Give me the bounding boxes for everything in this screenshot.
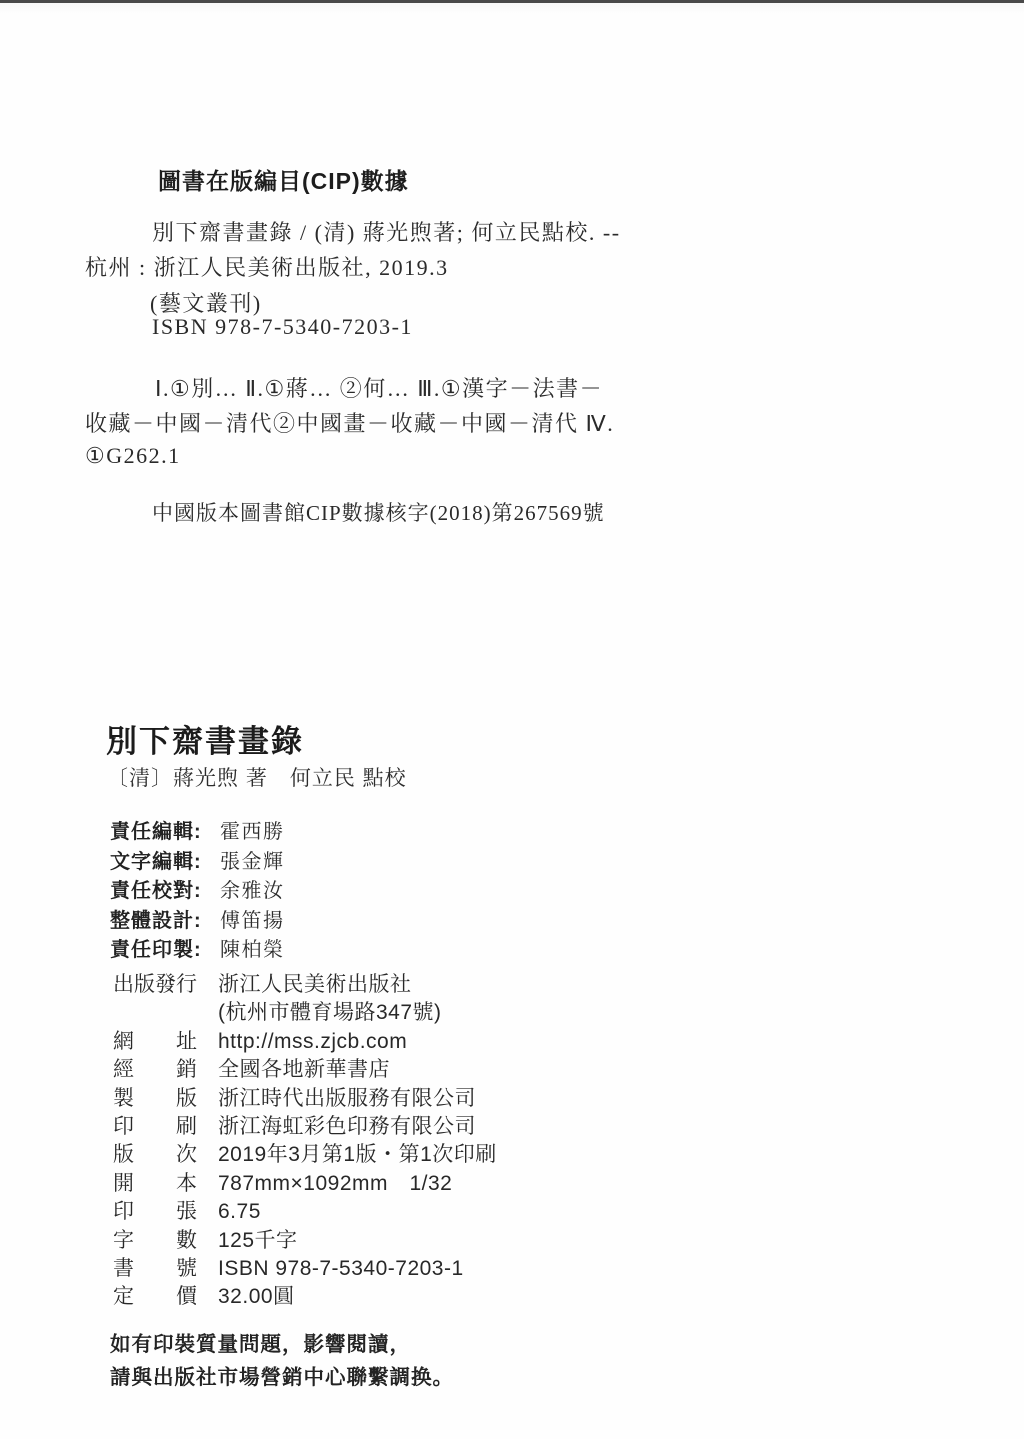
classification-line-2: 收藏－中國－清代②中國畫－收藏－中國－清代 Ⅳ. — [85, 407, 614, 438]
credit-row: 文字編輯:張金輝 — [110, 848, 285, 878]
pub-value: (杭州市體育場路347號) — [218, 1001, 442, 1024]
classification-line-3: ①G262.1 — [85, 443, 181, 469]
credit-label: 整體設計: — [110, 907, 220, 937]
credit-value: 陳柏榮 — [220, 939, 285, 961]
pub-value: 全國各地新華書店 — [218, 1058, 390, 1081]
pub-label: 定 價 — [113, 1283, 199, 1311]
pub-label: 開 本 — [113, 1170, 199, 1198]
pub-row-distribution: 經 銷全國各地新華書店 — [113, 1056, 497, 1084]
cip-isbn-line: ISBN 978-7-5340-7203-1 — [152, 314, 413, 340]
pub-row-wordcount: 字 數125千字 — [113, 1227, 497, 1255]
pub-value: 787mm×1092mm 1/32 — [218, 1172, 452, 1195]
credit-value: 霍西勝 — [220, 821, 285, 843]
pub-value: 125千字 — [218, 1229, 298, 1252]
copyright-page: 圖書在版編目(CIP)數據 別下齋書畫錄 / (清) 蔣光煦著; 何立民點校. … — [0, 0, 1024, 1439]
pub-value: 浙江海虹彩色印務有限公司 — [218, 1115, 476, 1138]
pub-row-platemaking: 製 版浙江時代出版服務有限公司 — [113, 1085, 497, 1113]
cip-record-number: 中國版本圖書館CIP數據核字(2018)第267569號 — [152, 497, 605, 527]
pub-row-isbn: 書 號ISBN 978-7-5340-7203-1 — [113, 1255, 497, 1283]
classification-line-1: Ⅰ.①別… Ⅱ.①蔣… ②何… Ⅲ.①漢字－法書－ — [155, 372, 603, 403]
pub-row-publisher: 出版發行浙江人民美術出版社 — [113, 971, 497, 999]
quality-notice-line-2: 請與出版社市場營銷中心聯繫調换。 — [110, 1360, 454, 1390]
book-title: 別下齋書畫錄 — [106, 716, 304, 761]
cip-header: 圖書在版編目(CIP)數據 — [158, 163, 409, 196]
pub-row-edition: 版 次2019年3月第1版・第1次印刷 — [113, 1141, 497, 1169]
cip-title-line: 別下齋書畫錄 / (清) 蔣光煦著; 何立民點校. -- — [152, 216, 621, 247]
pub-row-printing: 印 刷浙江海虹彩色印務有限公司 — [113, 1113, 497, 1141]
pub-value: 32.00圓 — [218, 1285, 295, 1308]
credit-label: 責任校對: — [110, 877, 220, 907]
pub-label: 網 址 — [113, 1028, 199, 1056]
pub-label: 書 號 — [113, 1255, 199, 1283]
pub-value: 6.75 — [218, 1200, 261, 1223]
publication-info: 出版發行浙江人民美術出版社 (杭州市體育場路347號) 網 址http://ms… — [113, 971, 497, 1312]
pub-label: 印 張 — [113, 1198, 199, 1226]
book-byline: 〔清〕蔣光煦 著 何立民 點校 — [107, 762, 407, 792]
pub-row-format: 開 本787mm×1092mm 1/32 — [113, 1170, 497, 1198]
pub-row-address: (杭州市體育場路347號) — [113, 999, 497, 1027]
pub-value: ISBN 978-7-5340-7203-1 — [218, 1257, 464, 1280]
pub-row-website: 網 址http://mss.zjcb.com — [113, 1028, 497, 1056]
pub-label: 製 版 — [113, 1085, 199, 1113]
pub-row-sheets: 印 張6.75 — [113, 1198, 497, 1226]
pub-label: 經 銷 — [113, 1056, 199, 1084]
credit-label: 責任編輯: — [110, 818, 220, 848]
credit-label: 責任印製: — [110, 936, 220, 966]
pub-value pub-url: http://mss.zjcb.com — [218, 1030, 407, 1053]
credit-row: 整體設計:傅笛揚 — [110, 907, 285, 937]
scan-edge — [0, 0, 1024, 3]
credit-label: 文字編輯: — [110, 848, 220, 878]
pub-label: 版 次 — [113, 1141, 199, 1169]
credit-value: 張金輝 — [220, 851, 285, 873]
credit-row: 責任印製:陳柏榮 — [110, 936, 285, 966]
credit-row: 責任校對:余雅汝 — [110, 877, 285, 907]
pub-row-price: 定 價32.00圓 — [113, 1283, 497, 1311]
quality-notice-line-1: 如有印裝質量問題，影響閱讀， — [110, 1327, 411, 1357]
pub-label: 印 刷 — [113, 1113, 199, 1141]
credit-row: 責任編輯:霍西勝 — [110, 818, 285, 848]
pub-value: 浙江時代出版服務有限公司 — [218, 1087, 476, 1110]
pub-value: 2019年3月第1版・第1次印刷 — [218, 1143, 497, 1166]
cip-publisher-line: 杭州 : 浙江人民美術出版社, 2019.3 — [85, 251, 449, 282]
credit-value: 傅笛揚 — [220, 910, 285, 932]
credit-value: 余雅汝 — [220, 880, 285, 902]
pub-label: 字 數 — [113, 1227, 199, 1255]
pub-label: 出版發行 — [113, 971, 199, 999]
credits-list: 責任編輯:霍西勝 文字編輯:張金輝 責任校對:余雅汝 整體設計:傅笛揚 責任印製… — [110, 818, 285, 966]
pub-value: 浙江人民美術出版社 — [218, 973, 412, 996]
